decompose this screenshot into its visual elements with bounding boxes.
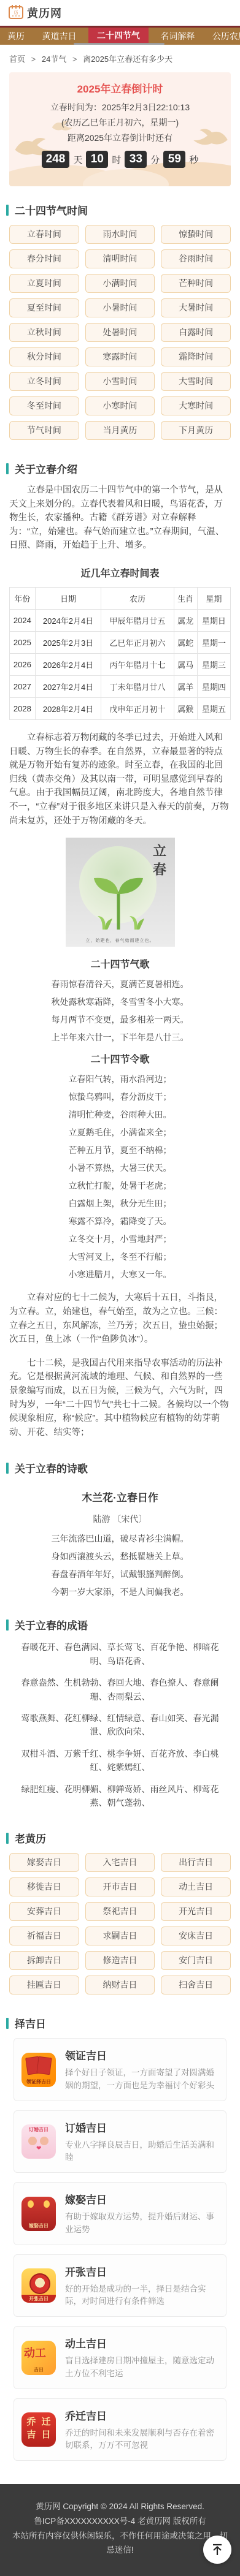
cell-year: 2028 xyxy=(10,698,36,720)
term-button[interactable]: 寒露时间 xyxy=(85,347,155,366)
section-heading-text: 二十四节气时间 xyxy=(15,202,88,218)
term-button[interactable]: 节气时间 xyxy=(9,421,79,440)
poem-title: 木兰花·立春日作 xyxy=(0,1489,240,1504)
qiaoqian-app-icon: 乔迁吉日 xyxy=(21,2412,56,2447)
term-button[interactable]: 小雪时间 xyxy=(85,372,155,391)
cell-weekday: 星期五 xyxy=(197,698,230,720)
countdown-distance-line: 距离2025年立春倒计时还有 xyxy=(14,132,226,144)
poem-line: 三年流落巴山道，破尽青衫尘满帽。 xyxy=(0,1534,240,1543)
countdown-unit-min: 分 xyxy=(150,153,160,166)
nav-item-huangdaojiri[interactable]: 黄道吉日 xyxy=(36,28,82,45)
term-button[interactable]: 秋分时间 xyxy=(9,347,79,366)
countdown-time-line: 立春时间为：2025年2月3日22:10:13 xyxy=(14,101,226,113)
idiom-group: 春暖花开、春色满园、草长莺飞、百花争艳、柳暗花明、鸟语花香、 xyxy=(16,1640,224,1668)
almanac-button[interactable]: 安门吉日 xyxy=(161,1951,231,1970)
term-button[interactable]: 立夏时间 xyxy=(9,274,79,293)
song2-line: 立春阳气转，雨水沿河边； xyxy=(0,1075,240,1083)
app-icon-caption: 开张吉日 xyxy=(21,2295,56,2303)
song2-line: 立夏鹅毛住，小满雀来全； xyxy=(0,1128,240,1137)
term-button[interactable]: 大雪时间 xyxy=(161,372,231,391)
back-to-top-button[interactable] xyxy=(203,2536,231,2564)
countdown-days: 248 xyxy=(42,151,70,168)
app-icon-caption: 嫁娶吉日 xyxy=(21,2222,56,2229)
cell-zodiac: 属龙 xyxy=(174,610,197,632)
section-terms: 二十四节气时间 立春时间 雨水时间 惊蛰时间 春分时间 清明时间 谷雨时间 立夏… xyxy=(0,202,240,440)
app-icon-caption: 订婚吉日 xyxy=(21,2126,56,2133)
breadcrumb-separator: > xyxy=(72,55,77,64)
lichun-image-caption: 立，始建也，春气始而建立也。 xyxy=(66,938,175,944)
cell-year: 2026 xyxy=(10,654,36,676)
card-description: 乔迁的时间和未来发展顺利与否存在着密切联系，万万不可忽视 xyxy=(65,2427,219,2452)
cell-year: 2025 xyxy=(10,632,36,654)
drum-icon xyxy=(29,2273,50,2294)
card-title: 领证吉日 xyxy=(65,2047,219,2063)
col-lunar: 农历 xyxy=(101,588,174,610)
almanac-button[interactable]: 安葬吉日 xyxy=(9,1902,79,1921)
breadcrumb-separator: > xyxy=(31,55,36,64)
jiaqu-app-icon: 嫁娶吉日 xyxy=(21,2197,56,2231)
lingzheng-app-icon: 领证择吉日 xyxy=(21,2053,56,2087)
almanac-button[interactable]: 扫舍吉日 xyxy=(161,1976,231,1995)
term-button[interactable]: 立春时间 xyxy=(9,225,79,244)
page: 历 黄历网 黄历 黄道吉日 二十四节气 名词解释 公历农历转换 生肖 首页 > … xyxy=(0,0,240,2576)
almanac-button[interactable]: 拆卸吉日 xyxy=(9,1951,79,1970)
table-row: 2025 2025年2月3日 乙巳年正月初六 属蛇 星期一 xyxy=(10,632,231,654)
nav-item-calendar-convert[interactable]: 公历农历转换 xyxy=(207,28,240,45)
song2-line: 小寒进腊月，大寒又一年。 xyxy=(0,1270,240,1279)
section-heading-terms: 二十四节气时间 xyxy=(6,202,240,218)
cell-weekday: 星期三 xyxy=(197,654,230,676)
section-heading-text: 老黄历 xyxy=(15,1830,46,1846)
section-heading-text: 择吉日 xyxy=(15,2015,46,2031)
almanac-button[interactable]: 安床吉日 xyxy=(161,1926,231,1945)
idiom-group: 春意盎然、生机勃勃、春回大地、春色撩人、春意阑珊、杏雨梨云、 xyxy=(16,1676,224,1703)
about-paragraph-1: 立春是中国农历二十四节气中的第一个节气，是从天文上来划分的。立春代表着风和日暖，… xyxy=(9,483,231,553)
song1-line: 上半年来六廿一，下半年是八廿三。 xyxy=(0,1033,240,1042)
almanac-button[interactable]: 入宅吉日 xyxy=(85,1853,155,1872)
term-button[interactable]: 大暑时间 xyxy=(161,298,231,317)
card-description: 专业八字择良辰吉日，助婚后生活美满和睦 xyxy=(65,2139,219,2164)
cell-zodiac: 属马 xyxy=(174,654,197,676)
card-description: 有助于嫁取双方运势，提升婚后财运、事业运势 xyxy=(65,2211,219,2236)
section-heading-text: 关于立春介绍 xyxy=(15,461,77,476)
almanac-grid: 嫁娶吉日 入宅吉日 出行吉日 移徙吉日 开市吉日 动土吉日 安葬吉日 祭祀吉日 … xyxy=(9,1853,231,1995)
cell-date: 2025年2月3日 xyxy=(35,632,101,654)
section-poetry: 关于立春的诗歌 木兰花·立春日作 陆游 〔宋代〕 三年流落巴山道，破尽青衫尘满帽… xyxy=(0,1460,240,1596)
section-heading-idioms: 关于立春的成语 xyxy=(6,1617,240,1632)
about-paragraph-4: 七十二候，是我国古代用来指导农事活动的历法补充。它是根据黄河流域的地理、气候、和… xyxy=(9,1357,231,1440)
term-button[interactable]: 下月黄历 xyxy=(161,421,231,440)
cell-weekday: 星期四 xyxy=(197,676,230,698)
countdown-hours: 10 xyxy=(86,151,108,168)
idiom-group: 绿肥红瘦、花明柳媚、柳亸莺娇、雨丝风片、柳莺花燕、朝气蓬勃、 xyxy=(16,1782,224,1810)
table-row: 2027 2027年2月4日 丁未年腊月廿八 属羊 星期四 xyxy=(10,676,231,698)
col-zodiac: 生肖 xyxy=(174,588,197,610)
arrow-to-top-icon xyxy=(210,2542,225,2557)
cell-date: 2027年2月4日 xyxy=(35,676,101,698)
term-button[interactable]: 小暑时间 xyxy=(85,298,155,317)
breadcrumb-home[interactable]: 首页 xyxy=(9,55,25,64)
song2-line: 寒露不算冷，霜降变了天。 xyxy=(0,1217,240,1225)
heart-icon: ❤ xyxy=(36,2145,41,2152)
term-button[interactable]: 处暑时间 xyxy=(85,323,155,342)
table-header-row: 年份 日期 农历 生肖 星期 xyxy=(10,588,231,610)
section-about: 关于立春介绍 立春是中国农历二十四节气中的第一个节气，是从天文上来划分的。立春代… xyxy=(0,461,240,1439)
countdown-unit-hour: 时 xyxy=(112,153,121,166)
almanac-button[interactable]: 修造吉日 xyxy=(85,1951,155,1970)
cell-zodiac: 属猴 xyxy=(174,698,197,720)
section-heading-poetry: 关于立春的诗歌 xyxy=(6,1460,240,1476)
song2-line: 芒种五月节，夏至不纳棉； xyxy=(0,1146,240,1154)
card-title: 订婚吉日 xyxy=(65,2120,219,2135)
song2-line: 小暑不算热，大暑三伏天。 xyxy=(0,1164,240,1172)
footer-icp: 鲁ICP备XXXXXXXXXX号-4 老黄历网 版权所有 xyxy=(12,2514,228,2529)
cell-year: 2027 xyxy=(10,676,36,698)
section-auspicious: 择吉日 领证择吉日 领证吉日 择个好日子领证，一方面寄望了对圆满婚姻的期望，一方… xyxy=(0,2015,240,2461)
countdown-title: 2025年立春倒计时 xyxy=(14,80,226,96)
about-paragraph-2: 立春标志着万物闭藏的冬季已过去，开始进入风和日暖、万物生长的春季。在自然界，立春… xyxy=(9,731,231,828)
card-body: 开张吉日 好的开始是成功的一半，择日是结合实际，对时间进行有条件筛选 xyxy=(65,2263,219,2308)
kaizhang-app-icon: 开张吉日 xyxy=(21,2268,56,2303)
almanac-button[interactable]: 祭祀吉日 xyxy=(85,1902,155,1921)
almanac-button[interactable]: 移徙吉日 xyxy=(9,1877,79,1896)
section-heading-old-almanac: 老黄历 xyxy=(6,1830,240,1846)
table-title: 近几年立春时间表 xyxy=(0,566,240,580)
almanac-button[interactable]: 嫁娶吉日 xyxy=(9,1853,79,1872)
term-button[interactable]: 春分时间 xyxy=(9,249,79,268)
card-body: 订婚吉日 专业八字择良辰吉日，助婚后生活美满和睦 xyxy=(65,2120,219,2164)
cell-lunar: 乙巳年正月初六 xyxy=(101,632,174,654)
footer-disclaimer: 本站所有内容仅供休闲娱乐，不作任何用途或决策之用，切忌迷信! xyxy=(12,2529,228,2558)
breadcrumb-current: 离2025年立春还有多少天 xyxy=(83,55,172,64)
term-button[interactable]: 清明时间 xyxy=(85,249,155,268)
lantern-icon xyxy=(44,2200,50,2208)
poem-author: 陆游 〔宋代〕 xyxy=(0,1513,240,1525)
table-row: 2028 2028年2月4日 戊申年正月初十 属猴 星期五 xyxy=(10,698,231,720)
app-icon-caption: 领证择吉日 xyxy=(21,2078,56,2085)
section-heading-about: 关于立春介绍 xyxy=(6,461,240,476)
col-year: 年份 xyxy=(10,588,36,610)
cell-zodiac: 属羊 xyxy=(174,676,197,698)
song2-title: 二十四节令歌 xyxy=(0,1051,240,1066)
heading-accent-bar xyxy=(6,1833,9,1844)
term-button[interactable]: 惊蛰时间 xyxy=(161,225,231,244)
countdown-lunar-line: (农历乙巳年正月初六，星期一) xyxy=(14,116,226,129)
card-body: 嫁娶吉日 有助于嫁取双方运势，提升婚后财运、事业运势 xyxy=(65,2191,219,2236)
song2-line: 白露烟上架，秋分无生田； xyxy=(0,1199,240,1208)
heading-accent-bar xyxy=(6,1463,9,1474)
lantern-icon xyxy=(28,2200,34,2208)
almanac-button[interactable]: 祈福吉日 xyxy=(9,1926,79,1945)
nav-item-24-solar-terms[interactable]: 二十四节气 xyxy=(88,28,149,45)
card-jiaqu[interactable]: 嫁娶吉日 嫁娶吉日 有助于嫁取双方运势，提升婚后财运、事业运势 xyxy=(14,2182,226,2245)
dongtu-icon-text: 动工 xyxy=(24,2344,46,2360)
breadcrumb-24terms[interactable]: 24节气 xyxy=(42,55,66,64)
almanac-button[interactable]: 求嗣吉日 xyxy=(85,1926,155,1945)
term-button[interactable]: 立冬时间 xyxy=(9,372,79,391)
term-button[interactable]: 芒种时间 xyxy=(161,274,231,293)
site-footer: 黄历网 Copyright © 2024 All Rights Reserved… xyxy=(0,2484,240,2576)
term-button[interactable]: 冬至时间 xyxy=(9,396,79,415)
couple-icon xyxy=(40,2137,48,2145)
heading-accent-bar xyxy=(6,463,9,474)
countdown-seconds: 59 xyxy=(163,151,185,168)
table-row: 2024 2024年2月4日 甲辰年腊月廿五 属龙 星期日 xyxy=(10,610,231,632)
heading-accent-bar xyxy=(6,1619,9,1631)
term-button[interactable]: 小满时间 xyxy=(85,274,155,293)
song2-line: 立冬交十月，小雪地封严； xyxy=(0,1235,240,1243)
calendar-logo-icon: 历 xyxy=(8,4,24,23)
cell-year: 2024 xyxy=(10,610,36,632)
lichun-vertical-title: 立春 xyxy=(150,844,169,881)
card-dinghun[interactable]: 订婚吉日 ❤ 订婚吉日 专业八字择良辰吉日，助婚后生活美满和睦 xyxy=(14,2110,226,2173)
lichun-illustration: 立春 立，始建也，春气始而建立也。 xyxy=(66,838,175,947)
cell-weekday: 星期日 xyxy=(197,610,230,632)
cell-lunar: 丙午年腊月十七 xyxy=(101,654,174,676)
countdown-timer: 248 天 10 时 33 分 59 秒 xyxy=(14,151,226,168)
almanac-button[interactable]: 纳财吉日 xyxy=(85,1976,155,1995)
col-weekday: 星期 xyxy=(197,588,230,610)
card-body: 动土吉日 盲目选择建房日期冲撞屋主，随意选定动土方位不利宅运 xyxy=(65,2335,219,2380)
song2-line: 清明忙种麦，谷雨种大田。 xyxy=(0,1110,240,1119)
song1-line: 秋处露秋寒霜降，冬雪雪冬小大寒。 xyxy=(0,998,240,1006)
term-button[interactable]: 白露时间 xyxy=(161,323,231,342)
section-heading-text: 关于立春的诗歌 xyxy=(15,1460,88,1476)
table-row: 2026 2026年2月4日 丙午年腊月十七 属马 星期三 xyxy=(10,654,231,676)
countdown-unit-sec: 秒 xyxy=(189,153,198,166)
idiom-group: 双柑斗酒、万紫千红、桃李争妍、百花齐放、李白桃红、姹紫嫣红、 xyxy=(16,1747,224,1775)
app-icon-caption: 吉日 xyxy=(21,2366,56,2373)
countdown-minutes: 33 xyxy=(125,151,147,168)
card-description: 盲目选择建房日期冲撞屋主，随意选定动土方位不利宅运 xyxy=(65,2355,219,2380)
card-lingzheng[interactable]: 领证择吉日 领证吉日 择个好日子领证，一方面寄望了对圆满婚姻的期望，一方面也是为… xyxy=(14,2038,226,2101)
certificate-icon xyxy=(36,2056,52,2074)
nav-item-huangli[interactable]: 黄历 xyxy=(2,28,30,45)
col-date: 日期 xyxy=(35,588,101,610)
song2-line: 立秋忙打靛，处暑干老虎； xyxy=(0,1181,240,1190)
term-button[interactable]: 立秋时间 xyxy=(9,323,79,342)
almanac-button[interactable]: 动土吉日 xyxy=(161,1877,231,1896)
card-dongtu[interactable]: 动工 吉日 动土吉日 盲目选择建房日期冲撞屋主，随意选定动土方位不利宅运 xyxy=(14,2326,226,2389)
card-description: 好的开始是成功的一半，择日是结合实际，对时间进行有条件筛选 xyxy=(65,2283,219,2308)
site-name: 黄历网 xyxy=(27,5,62,21)
card-kaizhang[interactable]: 开张吉日 开张吉日 好的开始是成功的一半，择日是结合实际，对时间进行有条件筛选 xyxy=(14,2254,226,2317)
heading-accent-bar xyxy=(6,205,9,216)
cell-date: 2028年2月4日 xyxy=(35,698,101,720)
breadcrumb: 首页 > 24节气 > 离2025年立春还有多少天 xyxy=(0,45,240,71)
term-button[interactable]: 谷雨时间 xyxy=(161,249,231,268)
section-idioms: 关于立春的成语 春暖花开、春色满园、草长莺飞、百花争艳、柳暗花明、鸟语花香、 春… xyxy=(0,1617,240,1809)
song1-line: 春雨惊春清谷天，夏满芒夏暑相连。 xyxy=(0,980,240,988)
card-body: 领证吉日 择个好日子领证，一方面寄望了对圆满婚姻的期望，一方面也是为幸福讨个好彩… xyxy=(65,2047,219,2092)
countdown-card: 2025年立春倒计时 立春时间为：2025年2月3日22:10:13 (农历乙巳… xyxy=(9,72,231,186)
nav-item-mingcijieshi[interactable]: 名词解释 xyxy=(155,28,200,45)
site-header: 历 黄历网 xyxy=(0,0,240,28)
heading-accent-bar xyxy=(6,2018,9,2029)
term-button[interactable]: 霜降时间 xyxy=(161,347,231,366)
almanac-button[interactable]: 开市吉日 xyxy=(85,1877,155,1896)
card-body: 乔迁吉日 乔迁的时间和未来发展顺利与否存在着密切联系，万万不可忽视 xyxy=(65,2407,219,2452)
cell-lunar: 丁未年腊月廿八 xyxy=(101,676,174,698)
cell-date: 2024年2月4日 xyxy=(35,610,101,632)
poem-line: 今朝一岁大家添，不是人间偏我老。 xyxy=(0,1588,240,1596)
term-button[interactable]: 大寒时间 xyxy=(161,396,231,415)
footer-copyright: 黄历网 Copyright © 2024 All Rights Reserved… xyxy=(12,2499,228,2514)
card-qiaoqian[interactable]: 乔迁吉日 乔迁吉日 乔迁的时间和未来发展顺利与否存在着密切联系，万万不可忽视 xyxy=(14,2398,226,2461)
poem-line: 春盘春酒年年好，试戴银旛判醉倒。 xyxy=(0,1570,240,1578)
idiom-group: 莺歌燕舞、花红柳绿、红情绿意、春山如笑、春光漏泄、欣欣向荣、 xyxy=(16,1711,224,1739)
section-old-almanac: 老黄历 嫁娶吉日 入宅吉日 出行吉日 移徙吉日 开市吉日 动土吉日 安葬吉日 祭… xyxy=(0,1830,240,1995)
cell-lunar: 甲辰年腊月廿五 xyxy=(101,610,174,632)
terms-grid: 立春时间 雨水时间 惊蛰时间 春分时间 清明时间 谷雨时间 立夏时间 小满时间 … xyxy=(9,225,231,440)
section-heading-auspicious: 择吉日 xyxy=(6,2015,240,2031)
song2-line: 惊蛰乌鸦叫，春分沥皮干； xyxy=(0,1093,240,1101)
section-heading-text: 关于立春的成语 xyxy=(15,1617,88,1632)
site-logo[interactable]: 历 黄历网 xyxy=(8,4,62,23)
card-title: 嫁娶吉日 xyxy=(65,2191,219,2207)
card-title: 乔迁吉日 xyxy=(65,2407,219,2423)
card-description: 择个好日子领证，一方面寄望了对圆满婚姻的期望，一方面也是为幸福讨个好彩头 xyxy=(65,2067,219,2092)
term-button[interactable]: 雨水时间 xyxy=(85,225,155,244)
dinghun-app-icon: 订婚吉日 ❤ xyxy=(21,2124,56,2159)
qiaoqian-icon-text: 乔迁吉日 xyxy=(24,2415,53,2439)
svg-text:历: 历 xyxy=(14,10,18,15)
couple-icon xyxy=(28,2137,37,2145)
almanac-button[interactable]: 开光吉日 xyxy=(161,1902,231,1921)
term-button[interactable]: 小寒时间 xyxy=(85,396,155,415)
countdown-unit-day: 天 xyxy=(73,153,82,166)
lichun-years-table: 年份 日期 农历 生肖 星期 2024 2024年2月4日 甲辰年腊月廿五 属龙… xyxy=(9,587,231,720)
nav-scrollbar[interactable] xyxy=(74,43,165,45)
card-title: 动土吉日 xyxy=(65,2335,219,2351)
almanac-button[interactable]: 出行吉日 xyxy=(161,1853,231,1872)
cell-date: 2026年2月4日 xyxy=(35,654,101,676)
almanac-button[interactable]: 挂匾吉日 xyxy=(9,1976,79,1995)
song2-line: 大雪河叉上，冬至不行船； xyxy=(0,1252,240,1261)
main-nav: 黄历 黄道吉日 二十四节气 名词解释 公历农历转换 生肖 xyxy=(0,28,240,45)
cell-zodiac: 属蛇 xyxy=(174,632,197,654)
song1-line: 每月两节不变更，最多相差一两天。 xyxy=(0,1015,240,1024)
about-paragraph-3: 立春对应的七十二候为，大寒后十五日，斗指艮，为立春。立，始建也，春气始至，故为之… xyxy=(9,1291,231,1346)
term-button[interactable]: 当月黄历 xyxy=(85,421,155,440)
dongtu-app-icon: 动工 吉日 xyxy=(21,2341,56,2375)
poem-line: 身如西瀼渡头云，愁抵瞿塘关上草。 xyxy=(0,1552,240,1561)
cell-weekday: 星期一 xyxy=(197,632,230,654)
song1-title: 二十四节气歌 xyxy=(0,957,240,971)
card-title: 开张吉日 xyxy=(65,2263,219,2279)
term-button[interactable]: 夏至时间 xyxy=(9,298,79,317)
cell-lunar: 戊申年正月初十 xyxy=(101,698,174,720)
